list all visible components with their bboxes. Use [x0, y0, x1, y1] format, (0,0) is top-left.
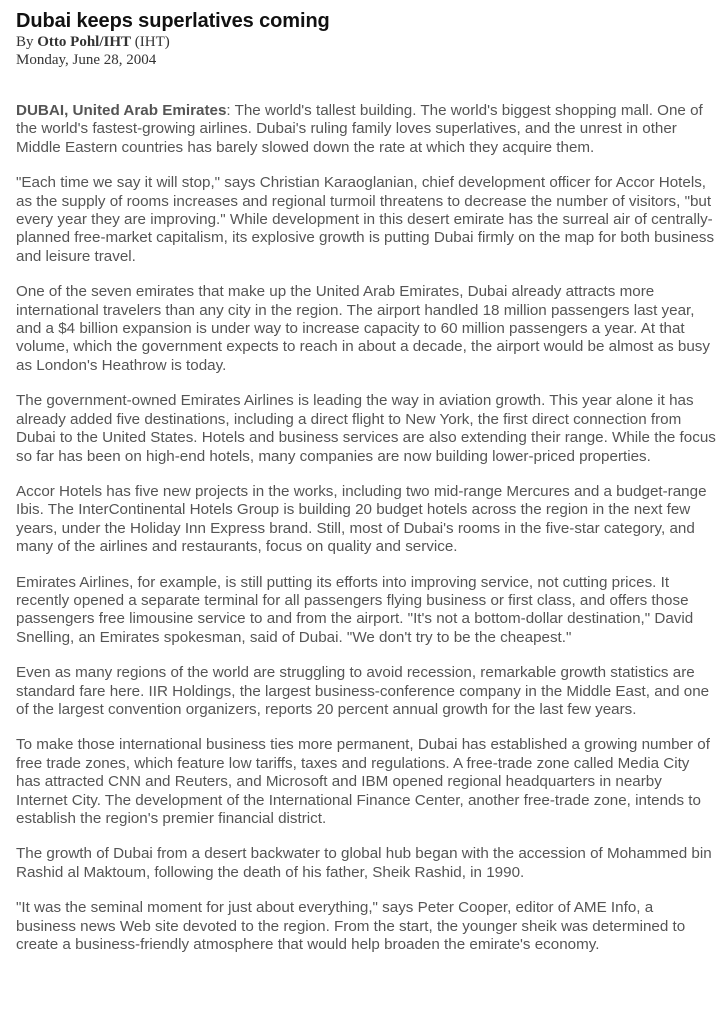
paragraph-7: Even as many regions of the world are st…	[16, 664, 716, 719]
paragraph-3: One of the seven emirates that make up t…	[16, 283, 716, 375]
dateline-location: DUBAI, United Arab Emirates	[16, 102, 226, 119]
paragraph-2: "Each time we say it will stop," says Ch…	[16, 174, 716, 266]
paragraph-5: Accor Hotels has five new projects in th…	[16, 483, 716, 557]
paragraph-10: "It was the seminal moment for just abou…	[16, 899, 716, 954]
headline: Dubai keeps superlatives coming	[16, 9, 716, 33]
byline: By Otto Pohl/IHT (IHT)	[16, 33, 716, 51]
byline-source: (IHT)	[131, 34, 170, 50]
paragraph-4: The government-owned Emirates Airlines i…	[16, 392, 716, 466]
article-body: DUBAI, United Arab Emirates: The world's…	[16, 102, 716, 954]
paragraph-8: To make those international business tie…	[16, 736, 716, 828]
paragraph-9: The growth of Dubai from a desert backwa…	[16, 845, 716, 882]
publish-date: Monday, June 28, 2004	[16, 51, 716, 69]
paragraph-6: Emirates Airlines, for example, is still…	[16, 574, 716, 648]
paragraph-1: DUBAI, United Arab Emirates: The world's…	[16, 102, 716, 157]
article: Dubai keeps superlatives coming By Otto …	[16, 9, 716, 971]
byline-author: Otto Pohl/IHT	[37, 34, 131, 50]
byline-prefix: By	[16, 34, 37, 50]
